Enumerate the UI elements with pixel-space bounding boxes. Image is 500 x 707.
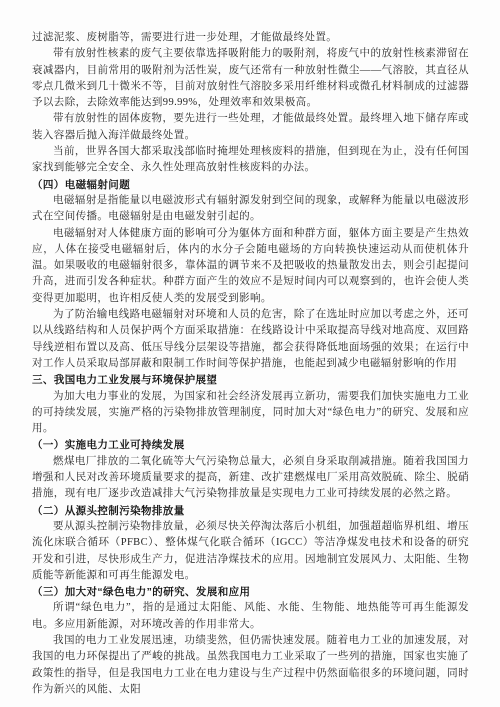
document-text-block: 过滤泥浆、废树脂等，需要进行进一步处理，才能做最终处置。 带有放射性核素的废气主…	[32, 30, 469, 698]
paragraph-continuation: 过滤泥浆、废树脂等，需要进行进一步处理，才能做最终处置。	[32, 30, 469, 46]
paragraph-emf-definition: 电磁辐射是指能量以电磁波形式有辐射源发射到空间的现象，或解释为能量以电磁波形式在…	[32, 193, 469, 226]
paragraph-industry-growth: 我国的电力工业发展迅速，功绩斐然，但仍需快速发展。随着电力工业的加速发展，对我国…	[32, 633, 469, 698]
paragraph-source-control: 要从源头控制污染物排放量，必须尽快关停淘汰落后小机组，加强超超临界机组、增压流化…	[32, 519, 469, 584]
paragraph-outlook-intro: 为加大电力事业的发展，为国家和社会经济发展再立新功，需要我们加快实施电力工业的可…	[32, 389, 469, 438]
heading-section-1-sustain: （一）实施电力工业可持续发展	[32, 437, 469, 453]
heading-section-2-source: （二）从源头控制污染物排放量	[32, 503, 469, 519]
paragraph-coal-plant: 燃煤电厂排放的二氧化硫等大气污染物总量大，必须自身采取削减措施。随着我国国力增强…	[32, 454, 469, 503]
paragraph-emf-prevention: 为了防治输电线路电磁辐射对环境和人员的危害，除了在选址时应加以考虑之外，还可以从…	[32, 307, 469, 372]
paragraph-solid-waste: 带有放射性的固体废物，要先进行一些处理，才能做最终处置。最终埋入地下储存库或装入…	[32, 111, 469, 144]
paragraph-green-power: 所谓“绿色电力”，指的是通过太阳能、风能、水能、生物能、地热能等可再生能源发电。…	[32, 600, 469, 633]
paragraph-radioactive-gas: 带有放射性核素的废气主要依靠选择吸附能力的吸附剂，将废气中的放射性核素滞留在衰减…	[32, 46, 469, 111]
heading-section-4-emf: （四）电磁辐射问题	[32, 177, 469, 193]
document-page: 过滤泥浆、废树脂等，需要进行进一步处理，才能做最终处置。 带有放射性核素的废气主…	[0, 0, 500, 707]
paragraph-burial-measures: 当前，世界各国大都采取浅部临时掩埋处理核废料的措施，但到现在为止，没有任何国家找…	[32, 144, 469, 177]
heading-chapter-3-outlook: 三、我国电力工业发展与环境保护展望	[32, 372, 469, 388]
paragraph-emf-health: 电磁辐射对人体健康方面的影响可分为躯体方面和种群方面，躯体方面主要是产生热效应，…	[32, 226, 469, 307]
heading-section-3-green: （三）加大对“绿色电力”的研究、发展和应用	[32, 584, 469, 600]
